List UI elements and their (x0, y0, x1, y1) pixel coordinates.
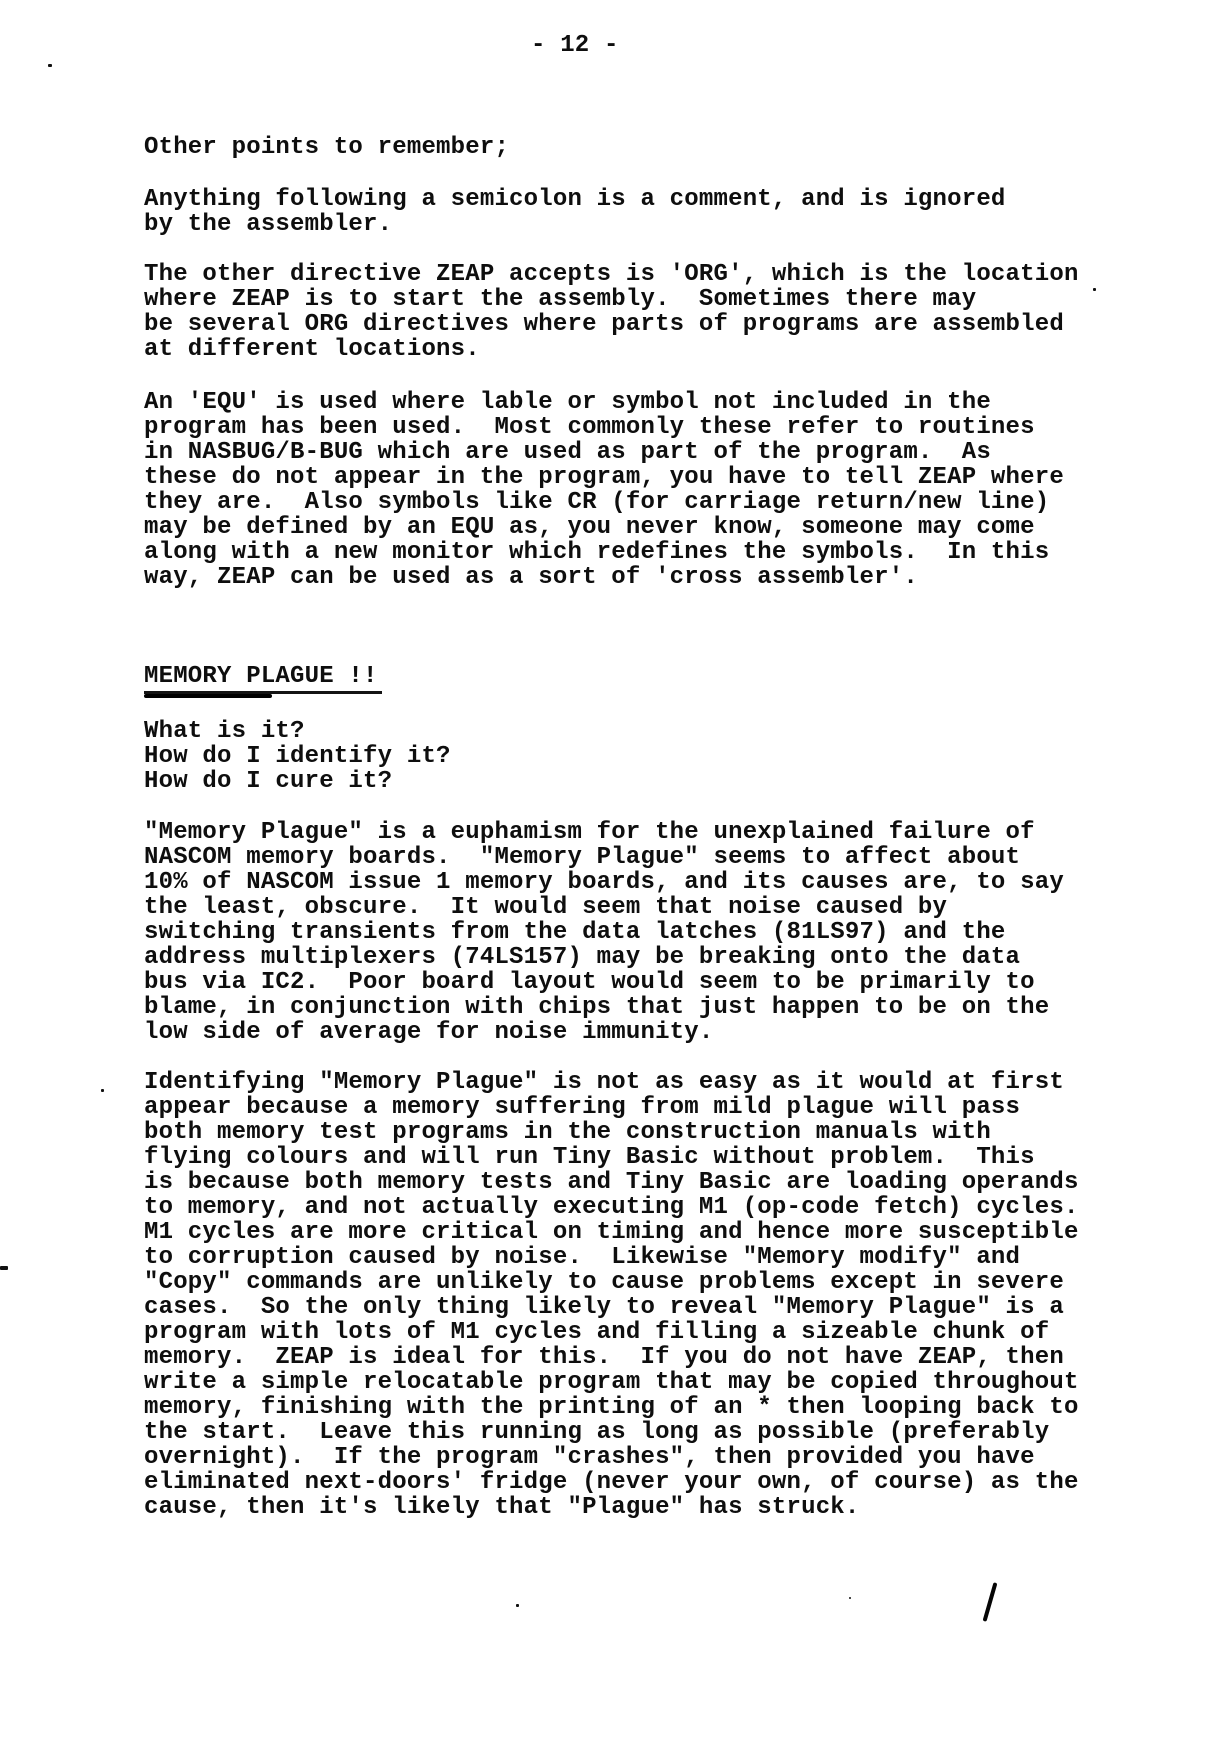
memory-plague-heading-text: MEMORY PLAGUE !! (144, 664, 382, 694)
ink-speck (1093, 288, 1096, 291)
ink-speck (849, 1597, 851, 1599)
paragraph-comment-note: Anything following a semicolon is a comm… (144, 187, 1006, 237)
ink-speck (516, 1604, 519, 1607)
scan-edge-artifact (0, 1266, 8, 1270)
paragraph-org-note: The other directive ZEAP accepts is 'ORG… (144, 262, 1079, 362)
paragraph-equ-note: An 'EQU' is used where lable or symbol n… (144, 390, 1064, 590)
ink-speck (101, 1089, 104, 1092)
pen-slash-mark (983, 1582, 998, 1622)
question-list: What is it? How do I identify it? How do… (144, 719, 451, 794)
paragraph-plague-description: "Memory Plague" is a euphamism for the u… (144, 820, 1064, 1045)
scanned-document-page: - 12 - Other points to remember; Anythin… (0, 0, 1226, 1754)
section-heading-memory-plague: MEMORY PLAGUE !! (144, 664, 382, 694)
section-heading-other-points: Other points to remember; (144, 135, 509, 160)
heading-underline-smudge (144, 694, 272, 698)
page-number: - 12 - (531, 33, 619, 58)
ink-speck (48, 64, 52, 67)
paragraph-plague-identification: Identifying "Memory Plague" is not as ea… (144, 1070, 1079, 1520)
